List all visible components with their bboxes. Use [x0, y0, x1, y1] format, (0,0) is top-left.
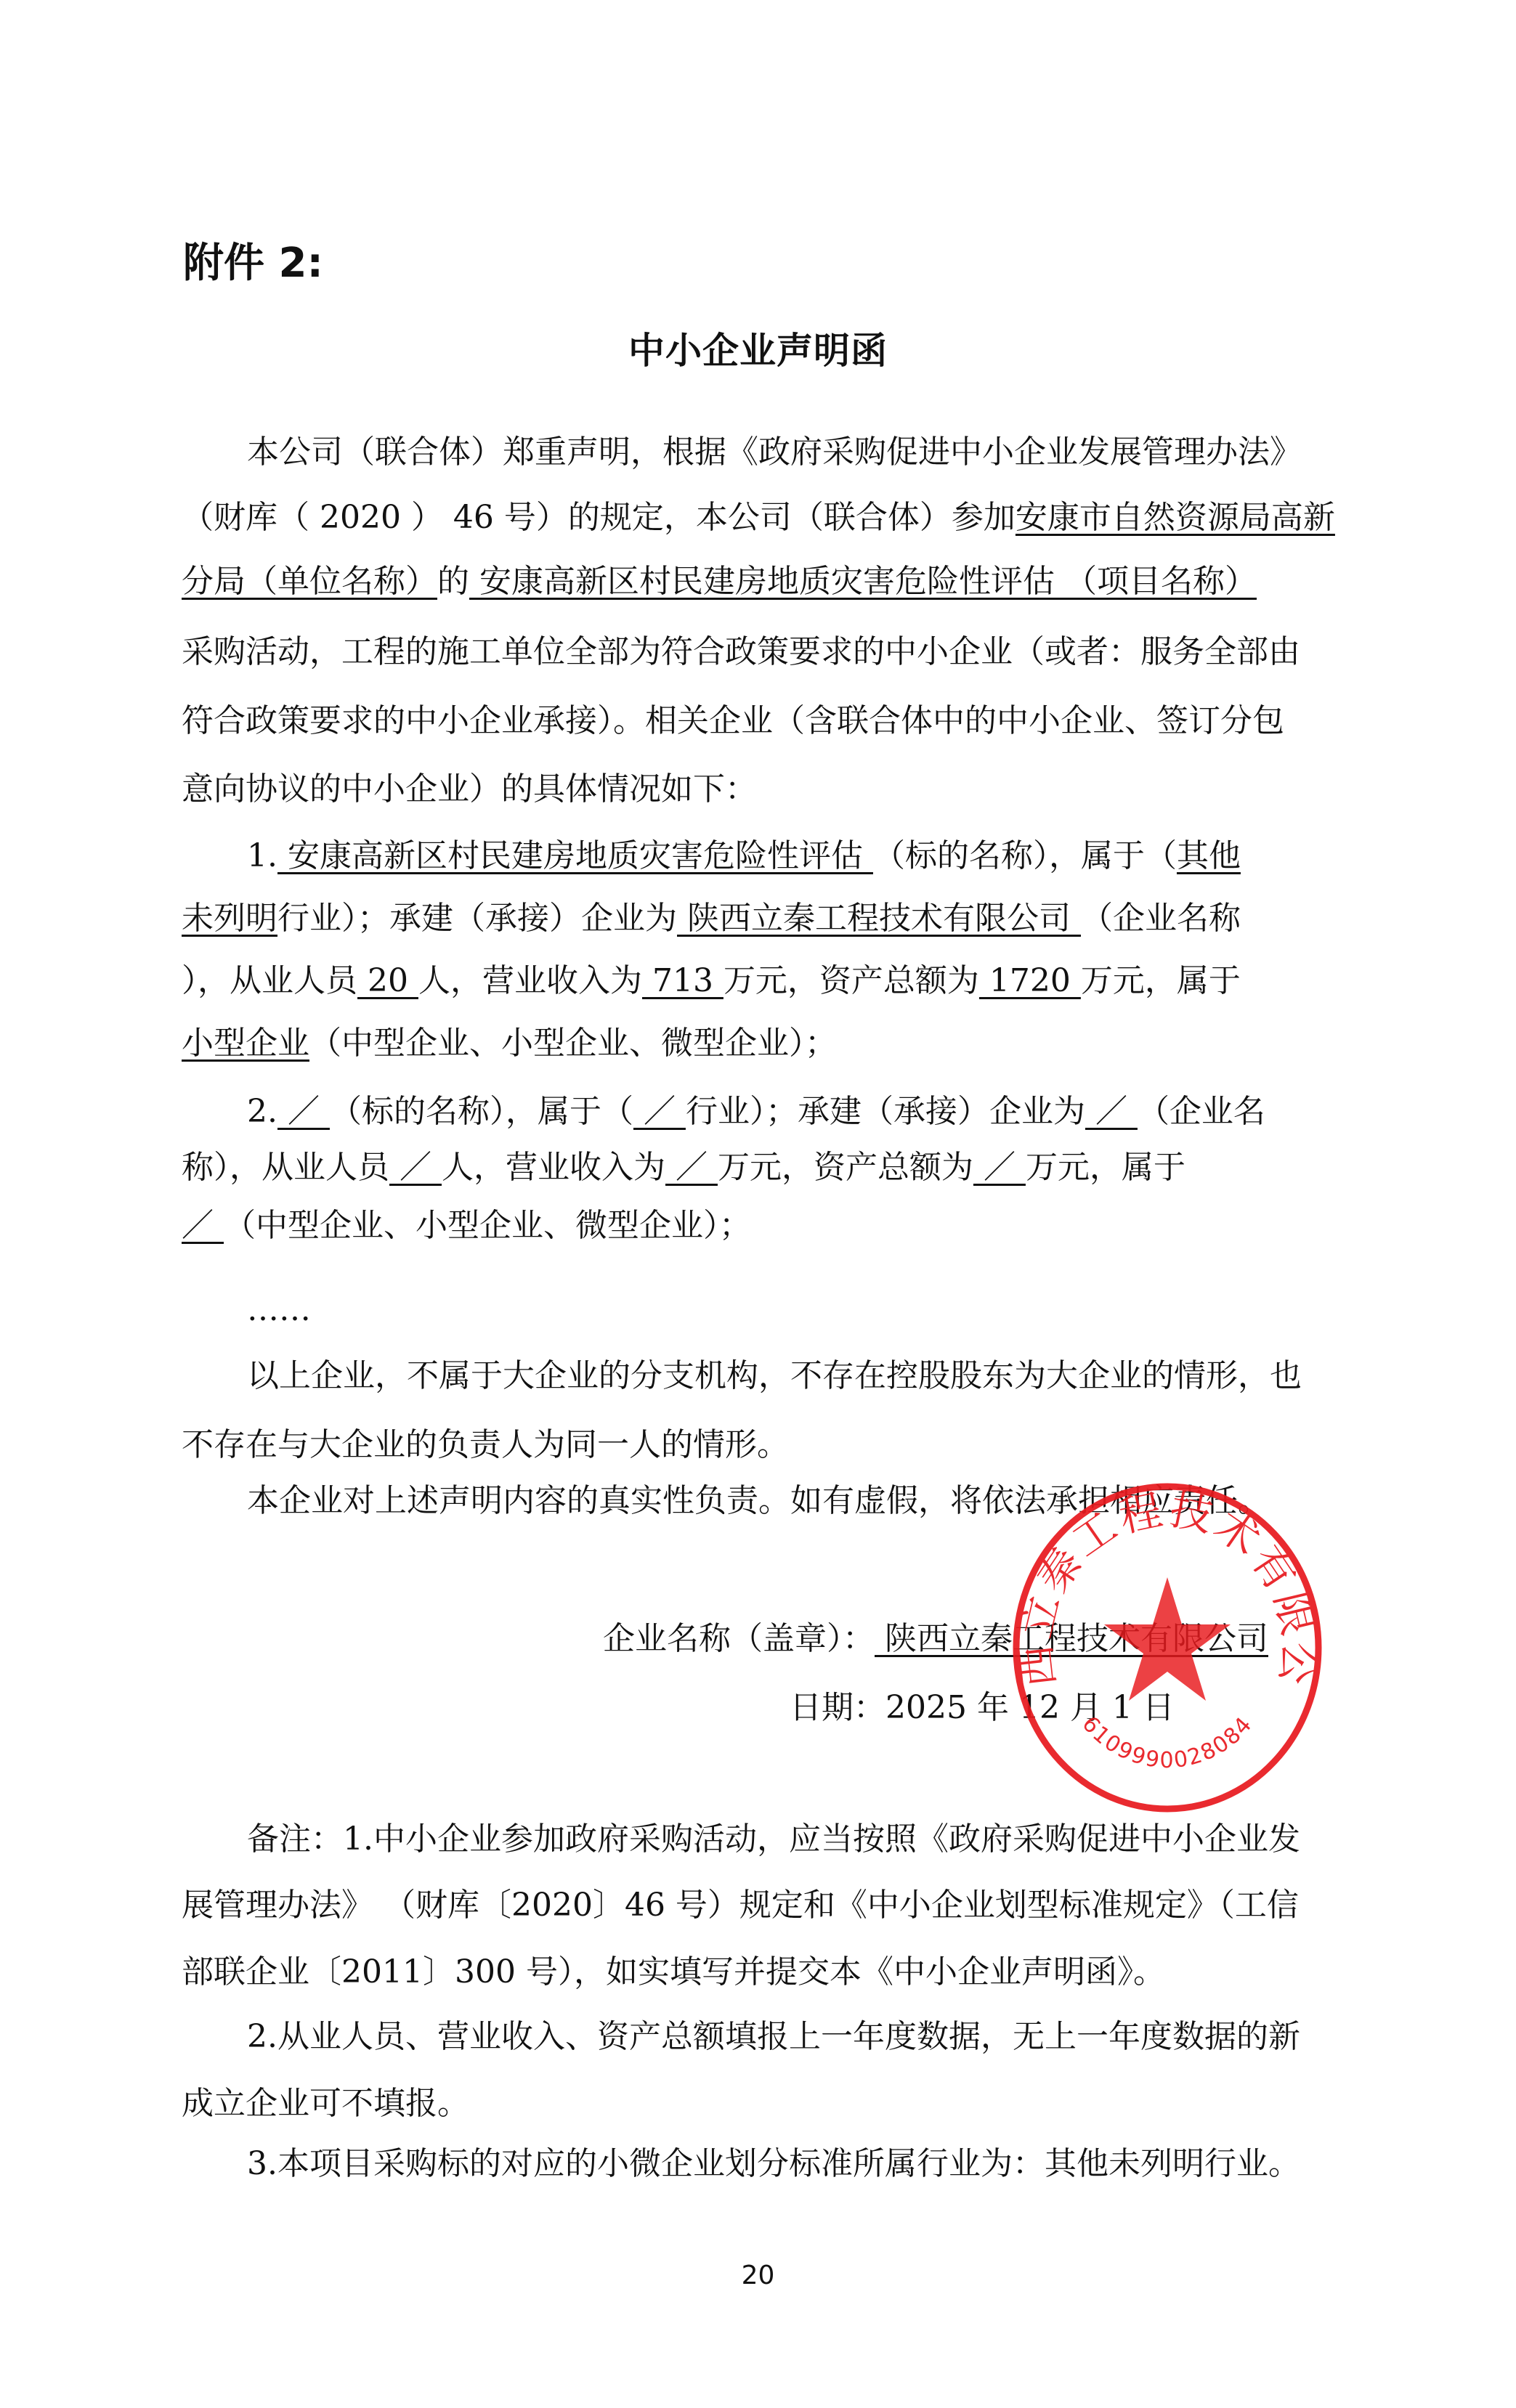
document-title: 中小企业声明函 [0, 325, 1516, 376]
item1-size: 小型企业 [182, 1025, 309, 1062]
note-2-line-2: 成立企业可不填报。 [182, 2082, 469, 2126]
ellipsis: …… [247, 1288, 311, 1332]
purchaser-name-cont: 分局（单位名称） [182, 563, 437, 600]
item1-revenue: 713 [642, 962, 723, 999]
item1-assets-label: 万元，资产总额为 [723, 962, 979, 999]
item1-company: 陕西立秦工程技术有限公司 [677, 900, 1081, 937]
item1-number: 1. [247, 837, 277, 874]
item2-employees-blank: ／ [389, 1149, 442, 1186]
item2-number: 2. [247, 1093, 277, 1130]
date-label: 日期： [790, 1689, 885, 1726]
document-page: 附件 2: 中小企业声明函 本公司（联合体）郑重声明，根据《政府采购促进中小企业… [0, 0, 1516, 2408]
item2-subject-label: （标的名称），属于（ [330, 1093, 633, 1130]
intro-line-3-text: 的 [437, 563, 469, 600]
item1-subject: 安康高新区村民建房地质灾害危险性评估 [277, 837, 873, 874]
intro-line-2-text: （财库（ 2020 ） 46 号）的规定，本公司（联合体）参加 [182, 499, 1016, 536]
item2-revenue-label: 人，营业收入为 [442, 1149, 665, 1186]
item1-assets: 1720 [979, 962, 1081, 999]
item1-line-2: 未列明行业）；承建（承接）企业为 陕西立秦工程技术有限公司 （企业名称 [182, 897, 1241, 940]
signature-company: 陕西立秦工程技术有限公司 [875, 1620, 1268, 1657]
item2-company-blank: ／ [1085, 1093, 1138, 1130]
intro-line-2: （财库（ 2020 ） 46 号）的规定，本公司（联合体）参加安康市自然资源局高… [182, 496, 1335, 540]
signature-line: 企业名称（盖章）： 陕西立秦工程技术有限公司 [603, 1617, 1268, 1661]
date-value: 2025 年 12 月 1 日 [885, 1689, 1175, 1726]
intro-line-5: 符合政策要求的中小企业承接）。相关企业（含联合体中的中小企业、签订分包 [182, 699, 1284, 743]
signature-label: 企业名称（盖章）： [603, 1620, 875, 1657]
project-name: 安康高新区村民建房地质灾害危险性评估 （项目名称） [469, 563, 1257, 600]
item1-subject-suffix: （标的名称），属于（ [873, 837, 1177, 874]
date-line: 日期：2025 年 12 月 1 日 [790, 1686, 1175, 1730]
statement-line-2: 不存在与大企业的负责人为同一人的情形。 [182, 1423, 789, 1467]
note-1-line-2: 展管理办法》 （财库〔2020〕46 号）规定和《中小企业划型标准规定》（工信 [182, 1884, 1299, 1927]
intro-line-3: 分局（单位名称）的 安康高新区村民建房地质灾害危险性评估 （项目名称） [182, 560, 1257, 603]
item1-industry: 其他 [1177, 837, 1241, 874]
item2-industry-blank: ／ [633, 1093, 686, 1130]
item2-line-3: ／ （中型企业、小型企业、微型企业）； [182, 1204, 751, 1248]
item1-line-4: 小型企业（中型企业、小型企业、微型企业）； [182, 1022, 837, 1065]
item1-industry-suffix: 行业）；承建（承接）企业为 [277, 900, 677, 937]
item1-employees: 20 [357, 962, 418, 999]
note-3: 3.本项目采购标的对应的小微企业划分标准所属行业为：其他未列明行业。 [247, 2142, 1300, 2186]
item1-company-suffix: （企业名称 [1081, 900, 1241, 937]
item2-assets-label: 万元，资产总额为 [718, 1149, 973, 1186]
item2-line-1: 2. ／ （标的名称），属于（ ／ 行业）；承建（承接）企业为 ／ （企业名 [247, 1090, 1265, 1134]
note-1-line-3: 部联企业〔2011〕300 号），如实填写并提交本《中小企业声明函》。 [182, 1951, 1165, 1994]
item2-revenue-blank: ／ [665, 1149, 718, 1186]
item1-employees-label: ），从业人员 [182, 962, 357, 999]
statement-line-3: 本企业对上述声明内容的真实性负责。如有虚假，将依法承担相应责任。 [247, 1479, 1270, 1523]
statement-line-1: 以上企业，不属于大企业的分支机构，不存在控股股东为大企业的情形，也 [247, 1354, 1302, 1398]
item1-industry-cont: 未列明 [182, 900, 277, 937]
item2-size-blank: ／ [182, 1207, 224, 1244]
attachment-label: 附件 2: [183, 238, 323, 289]
intro-line-4: 采购活动，工程的施工单位全部为符合政策要求的中小企业（或者：服务全部由 [182, 630, 1300, 674]
intro-line-1: 本公司（联合体）郑重声明，根据《政府采购促进中小企业发展管理办法》 [247, 431, 1302, 474]
item1-size-options: （中型企业、小型企业、微型企业）； [309, 1025, 837, 1062]
note-2-line-1: 2.从业人员、营业收入、资产总额填报上一年度数据，无上一年度数据的新 [247, 2015, 1300, 2059]
item2-size-label: 万元，属于 [1026, 1149, 1185, 1186]
item1-revenue-label: 人，营业收入为 [418, 962, 642, 999]
item1-line-1: 1. 安康高新区村民建房地质灾害危险性评估 （标的名称），属于（其他 [247, 834, 1241, 878]
item2-industry-label: 行业）；承建（承接）企业为 [686, 1093, 1085, 1130]
item1-size-label: 万元，属于 [1081, 962, 1241, 999]
item2-subject-blank: ／ [277, 1093, 330, 1130]
item2-size-options: （中型企业、小型企业、微型企业）； [224, 1207, 751, 1244]
note-1-line-1: 备注：1.中小企业参加政府采购活动，应当按照《政府采购促进中小企业发 [247, 1818, 1300, 1861]
intro-line-6: 意向协议的中小企业）的具体情况如下： [182, 768, 757, 811]
item2-assets-blank: ／ [973, 1149, 1026, 1186]
item1-line-3: ），从业人员 20 人，营业收入为 713 万元，资产总额为 1720 万元，属… [182, 959, 1241, 1003]
purchaser-name: 安康市自然资源局高新 [1016, 499, 1335, 536]
page-number: 20 [0, 2260, 1516, 2292]
item2-line-2: 称），从业人员 ／ 人，营业收入为 ／ 万元，资产总额为 ／ 万元，属于 [182, 1146, 1185, 1189]
item2-company-label: （企业名 [1138, 1093, 1265, 1130]
item2-employees-label: 称），从业人员 [182, 1149, 389, 1186]
